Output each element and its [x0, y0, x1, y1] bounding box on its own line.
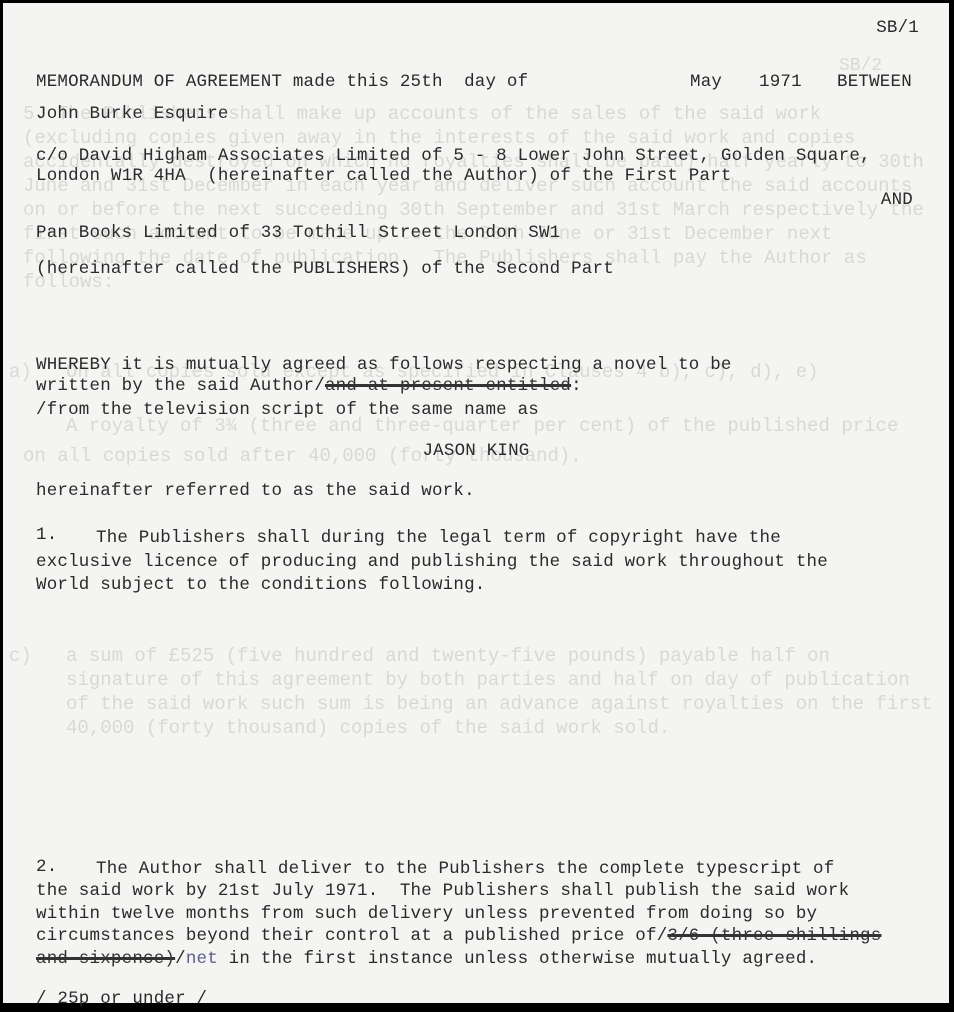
price-note: / 25p or under / [36, 988, 207, 1010]
agreement-year: 1971 [759, 71, 802, 93]
clause2-number: 2. [36, 856, 57, 878]
net-word: net [186, 949, 218, 969]
show-through-line: of the said work such sum is being an ad… [9, 691, 933, 717]
clause2-line5-text: in the first instance unless otherwise m… [218, 949, 817, 969]
author-address-line1: c/o David Higham Associates Limited of 5… [36, 145, 871, 167]
clause2-line1: The Author shall deliver to the Publishe… [96, 858, 834, 880]
clause1-line3: World subject to the conditions followin… [36, 574, 485, 596]
clause1-line1: The Publishers shall during the legal te… [96, 527, 781, 549]
colon: : [571, 376, 582, 396]
slash-mark: / [175, 949, 186, 969]
publisher-line2: (hereinafter called the PUBLISHERS) of t… [36, 258, 614, 280]
page-reference: SB/1 [876, 17, 919, 39]
struck-price-text: 3/6 (three shillings [667, 926, 881, 946]
document-page: SB/2 5. The Publishers shall make up acc… [3, 3, 949, 1003]
struck-entitled-text: and at present entitled [325, 376, 571, 396]
show-through-line: 40,000 (forty thousand) copies of the sa… [9, 715, 670, 741]
show-through-line: on or before the next succeeding 30th Se… [23, 197, 924, 223]
clause2-line3: within twelve months from such delivery … [36, 903, 817, 925]
between-label: BETWEEN [837, 71, 912, 93]
show-through-line: signature of this agreement by both part… [9, 667, 910, 693]
memo-heading: MEMORANDUM OF AGREEMENT made this 25th d… [36, 71, 528, 93]
whereby-line4: hereinafter referred to as the said work… [36, 480, 475, 502]
publisher-line1: Pan Books Limited of 33 Tothill Street L… [36, 222, 560, 244]
work-title: JASON KING [3, 440, 949, 462]
clause1-line2: exclusive licence of producing and publi… [36, 551, 828, 573]
clause2-line2: the said work by 21st July 1971. The Pub… [36, 880, 849, 902]
whereby-line2-text: written by the said Author/ [36, 376, 325, 396]
clause1-number: 1. [36, 524, 57, 546]
and-label: AND [881, 189, 913, 211]
whereby-line3: /from the television script of the same … [36, 399, 539, 421]
author-name: John Burke Esquire [36, 103, 229, 125]
clause2-line4-text: circumstances beyond their control at a … [36, 926, 667, 946]
clause2-line5: and sixpence)/net in the first instance … [36, 948, 817, 970]
show-through-line: c) a sum of £525 (five hundred and twent… [9, 643, 830, 669]
whereby-line1: WHEREBY it is mutually agreed as follows… [36, 354, 732, 376]
clause2-line4: circumstances beyond their control at a … [36, 925, 881, 947]
struck-sixpence-text: and sixpence) [36, 949, 175, 969]
author-address-line2: London W1R 4HA (hereinafter called the A… [36, 165, 732, 187]
agreement-month: May [690, 71, 722, 93]
whereby-line2: written by the said Author/and at presen… [36, 375, 582, 397]
